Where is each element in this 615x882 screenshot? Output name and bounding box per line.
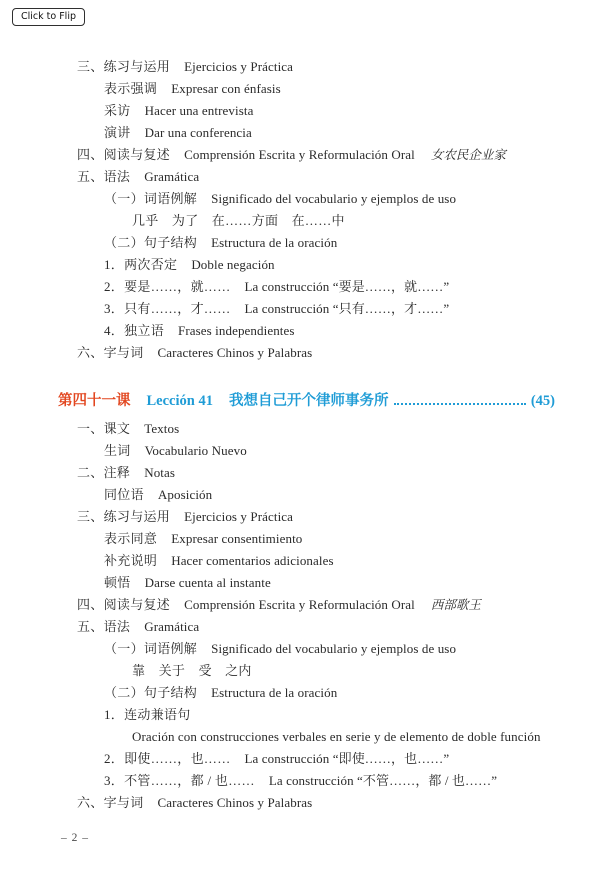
flip-button[interactable]: Click to Flip bbox=[12, 8, 85, 26]
toc-spanish-text: Notas bbox=[144, 462, 175, 484]
toc-chinese-text: 生词 bbox=[104, 440, 131, 462]
toc-line: 五、语法Gramática bbox=[77, 616, 555, 638]
toc-line: （一）词语例解Significado del vocabulario y eje… bbox=[77, 638, 555, 660]
toc-chinese-text: 靠 关于 受 之内 bbox=[132, 660, 252, 682]
toc-chinese-text: （二）句子结构 bbox=[104, 682, 197, 704]
toc-line: 靠 关于 受 之内 bbox=[77, 660, 555, 682]
toc-spanish-text: La construcción “要是……，就……” bbox=[245, 276, 450, 298]
toc-chinese-text: （一）词语例解 bbox=[104, 188, 197, 210]
toc-chinese-text: 四、阅读与复述 bbox=[77, 594, 170, 616]
toc-line: 采访Hacer una entrevista bbox=[77, 100, 555, 122]
toc-line: （二）句子结构Estructura de la oración bbox=[77, 682, 555, 704]
toc-spanish-text: Dar una conferencia bbox=[145, 122, 252, 144]
toc-spanish-text: Hacer una entrevista bbox=[145, 100, 254, 122]
toc-spanish-text: Gramática bbox=[144, 166, 199, 188]
toc-line: 表示同意Expresar consentimiento bbox=[77, 528, 555, 550]
toc-spanish-text: Significado del vocabulario y ejemplos d… bbox=[211, 188, 456, 210]
toc-line: （一）词语例解Significado del vocabulario y eje… bbox=[77, 188, 555, 210]
book-page: Click to Flip 三、练习与运用Ejercicios y Prácti… bbox=[0, 0, 615, 882]
toc-line: 四、阅读与复述Comprensión Escrita y Reformulaci… bbox=[77, 594, 555, 616]
toc-spanish-text: Doble negación bbox=[191, 254, 274, 276]
toc-line: 三、练习与运用Ejercicios y Práctica bbox=[77, 56, 555, 78]
toc-spanish-text: Aposición bbox=[158, 484, 212, 506]
toc-spanish-text: Frases independientes bbox=[178, 320, 295, 342]
toc-chinese-text: 1．两次否定 bbox=[104, 254, 177, 276]
toc-line: 生词Vocabulario Nuevo bbox=[77, 440, 555, 462]
toc-line: 补充说明Hacer comentarios adicionales bbox=[77, 550, 555, 572]
toc-line: 六、字与词Caracteres Chinos y Palabras bbox=[77, 792, 555, 814]
toc-chinese-text: 四、阅读与复述 bbox=[77, 144, 170, 166]
toc-chinese-text: 1．连动兼语句 bbox=[104, 704, 191, 726]
toc-spanish-text: Hacer comentarios adicionales bbox=[171, 550, 333, 572]
toc-chinese-text: 同位语 bbox=[104, 484, 144, 506]
toc-line: 同位语Aposición bbox=[77, 484, 555, 506]
toc-spanish-text: Ejercicios y Práctica bbox=[184, 56, 293, 78]
toc-chinese-text: 几乎 为了 在……方面 在……中 bbox=[132, 210, 345, 232]
toc-chinese-text: 演讲 bbox=[104, 122, 131, 144]
toc-spanish-text: La construcción “只有……，才……” bbox=[245, 298, 450, 320]
toc-line: 表示强调Expresar con énfasis bbox=[77, 78, 555, 100]
toc-spanish-text: Vocabulario Nuevo bbox=[145, 440, 247, 462]
lesson40-toc-list: 三、练习与运用Ejercicios y Práctica表示强调Expresar… bbox=[77, 56, 555, 364]
toc-reading-title: 女农民企业家 bbox=[431, 144, 506, 166]
toc-spanish-text: La construcción “不管……，都 / 也……” bbox=[269, 770, 497, 792]
toc-chinese-text: 表示强调 bbox=[104, 78, 157, 100]
footer-page-number: – 2 – bbox=[61, 832, 89, 844]
toc-chinese-text: 五、语法 bbox=[77, 616, 130, 638]
toc-chinese-text: 2．要是……，就…… bbox=[104, 276, 231, 298]
lesson-number-zh: 第四十一课 bbox=[58, 389, 131, 413]
toc-line: 2．要是……，就……La construcción “要是……，就……” bbox=[77, 276, 555, 298]
toc-chinese-text: 六、字与词 bbox=[77, 792, 144, 814]
toc-spanish-text: Ejercicios y Práctica bbox=[184, 506, 293, 528]
toc-line: 一、课文Textos bbox=[77, 418, 555, 440]
toc-chinese-text: 五、语法 bbox=[77, 166, 130, 188]
toc-line: 1．连动兼语句 bbox=[77, 704, 555, 726]
toc-spanish-text: Textos bbox=[144, 418, 179, 440]
toc-line: 二、注释Notas bbox=[77, 462, 555, 484]
toc-chinese-text: 3．不管……，都 / 也…… bbox=[104, 770, 255, 792]
toc-line: 三、练习与运用Ejercicios y Práctica bbox=[77, 506, 555, 528]
toc-spanish-text: Significado del vocabulario y ejemplos d… bbox=[211, 638, 456, 660]
toc-chinese-text: 2．即使……，也…… bbox=[104, 748, 231, 770]
lesson-label-es: Lección 41 bbox=[147, 389, 213, 413]
toc-line: 3．不管……，都 / 也……La construcción “不管……，都 / … bbox=[77, 770, 555, 792]
toc-line: 4．独立语Frases independientes bbox=[77, 320, 555, 342]
toc-chinese-text: 顿悟 bbox=[104, 572, 131, 594]
toc-spanish-text: Estructura de la oración bbox=[211, 682, 337, 704]
table-of-contents: 三、练习与运用Ejercicios y Práctica表示强调Expresar… bbox=[77, 56, 555, 814]
toc-chinese-text: 采访 bbox=[104, 100, 131, 122]
dot-leader bbox=[394, 403, 525, 405]
toc-chinese-text: 补充说明 bbox=[104, 550, 157, 572]
toc-spanish-text: Caracteres Chinos y Palabras bbox=[158, 792, 313, 814]
toc-line: 演讲Dar una conferencia bbox=[77, 122, 555, 144]
toc-spanish-text: Expresar con énfasis bbox=[171, 78, 281, 100]
toc-chinese-text: 三、练习与运用 bbox=[77, 56, 170, 78]
lesson41-heading: 第四十一课 Lección 41 我想自己开个律师事务所 (45) bbox=[58, 389, 555, 413]
toc-spanish-text: Comprensión Escrita y Reformulación Oral bbox=[184, 594, 415, 616]
toc-line: 顿悟Darse cuenta al instante bbox=[77, 572, 555, 594]
lesson-page-ref: (45) bbox=[531, 389, 555, 413]
toc-line: （二）句子结构Estructura de la oración bbox=[77, 232, 555, 254]
toc-chinese-text: （二）句子结构 bbox=[104, 232, 197, 254]
toc-chinese-text: 三、练习与运用 bbox=[77, 506, 170, 528]
toc-line: 五、语法Gramática bbox=[77, 166, 555, 188]
toc-line: 2．即使……，也……La construcción “即使……，也……” bbox=[77, 748, 555, 770]
toc-line: 六、字与词Caracteres Chinos y Palabras bbox=[77, 342, 555, 364]
toc-spanish-text: Comprensión Escrita y Reformulación Oral bbox=[184, 144, 415, 166]
toc-chinese-text: 二、注释 bbox=[77, 462, 130, 484]
toc-line: Oración con construcciones verbales en s… bbox=[77, 726, 555, 748]
lesson41-toc-list: 一、课文Textos生词Vocabulario Nuevo二、注释Notas同位… bbox=[77, 418, 555, 814]
toc-chinese-text: 六、字与词 bbox=[77, 342, 144, 364]
toc-chinese-text: 4．独立语 bbox=[104, 320, 164, 342]
toc-line: 1．两次否定Doble negación bbox=[77, 254, 555, 276]
toc-spanish-text: La construcción “即使……，也……” bbox=[245, 748, 450, 770]
toc-line: 四、阅读与复述Comprensión Escrita y Reformulaci… bbox=[77, 144, 555, 166]
toc-spanish-text: Oración con construcciones verbales en s… bbox=[132, 726, 541, 748]
lesson-title-zh: 我想自己开个律师事务所 bbox=[229, 389, 389, 413]
toc-line: 几乎 为了 在……方面 在……中 bbox=[77, 210, 555, 232]
toc-chinese-text: 一、课文 bbox=[77, 418, 130, 440]
toc-spanish-text: Estructura de la oración bbox=[211, 232, 337, 254]
toc-chinese-text: 表示同意 bbox=[104, 528, 157, 550]
toc-line: 3．只有……，才……La construcción “只有……，才……” bbox=[77, 298, 555, 320]
toc-spanish-text: Darse cuenta al instante bbox=[145, 572, 271, 594]
toc-spanish-text: Gramática bbox=[144, 616, 199, 638]
toc-reading-title: 西部歌王 bbox=[431, 594, 481, 616]
toc-spanish-text: Caracteres Chinos y Palabras bbox=[158, 342, 313, 364]
toc-chinese-text: （一）词语例解 bbox=[104, 638, 197, 660]
toc-spanish-text: Expresar consentimiento bbox=[171, 528, 302, 550]
toc-chinese-text: 3．只有……，才…… bbox=[104, 298, 231, 320]
